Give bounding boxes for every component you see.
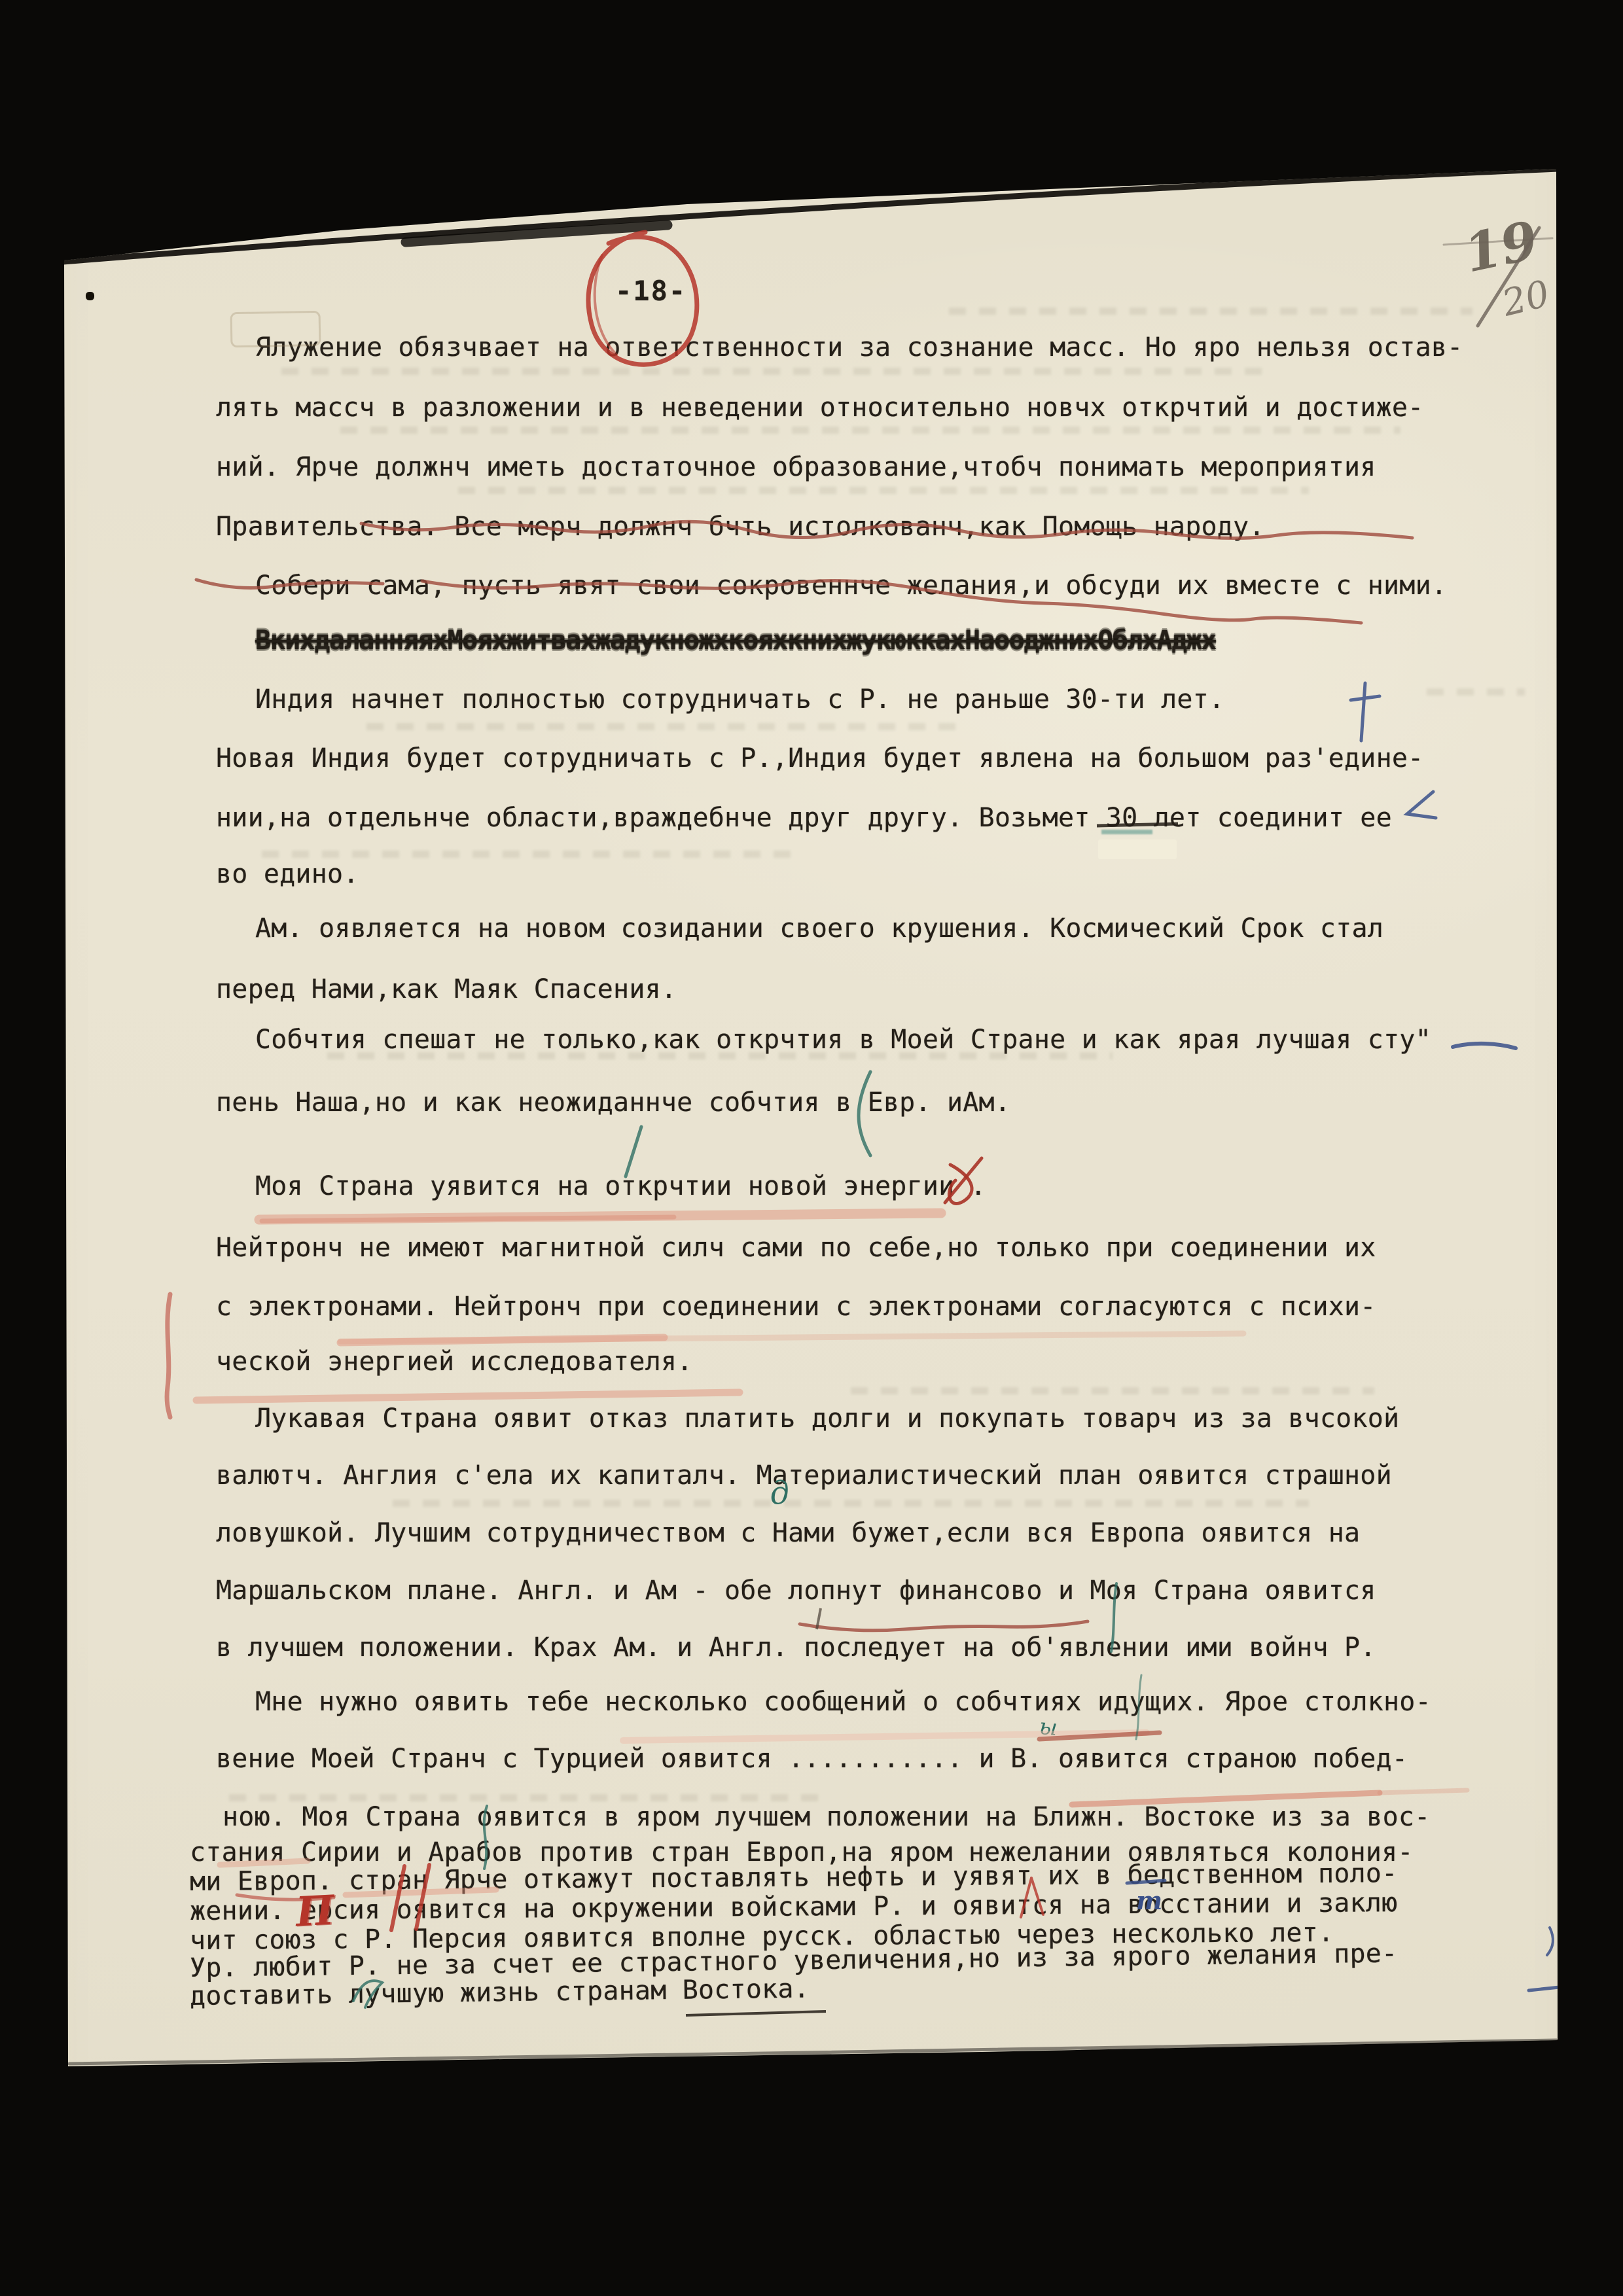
page-number-circle xyxy=(588,232,697,364)
pencil-slash xyxy=(1444,228,1552,326)
salmon-highlights xyxy=(196,1213,1467,1895)
blue-pencil-marks xyxy=(1127,683,1570,2002)
ink-speck xyxy=(94,209,99,218)
handwritten-annotations-layer xyxy=(0,0,1623,2296)
document-page: -18- Ялужение обязчвает на ответственнос… xyxy=(0,0,1623,2296)
scan-edge-shadows xyxy=(63,169,1558,2064)
typed-underlines xyxy=(686,824,1178,2015)
red-margin-marks xyxy=(167,1158,1043,1930)
